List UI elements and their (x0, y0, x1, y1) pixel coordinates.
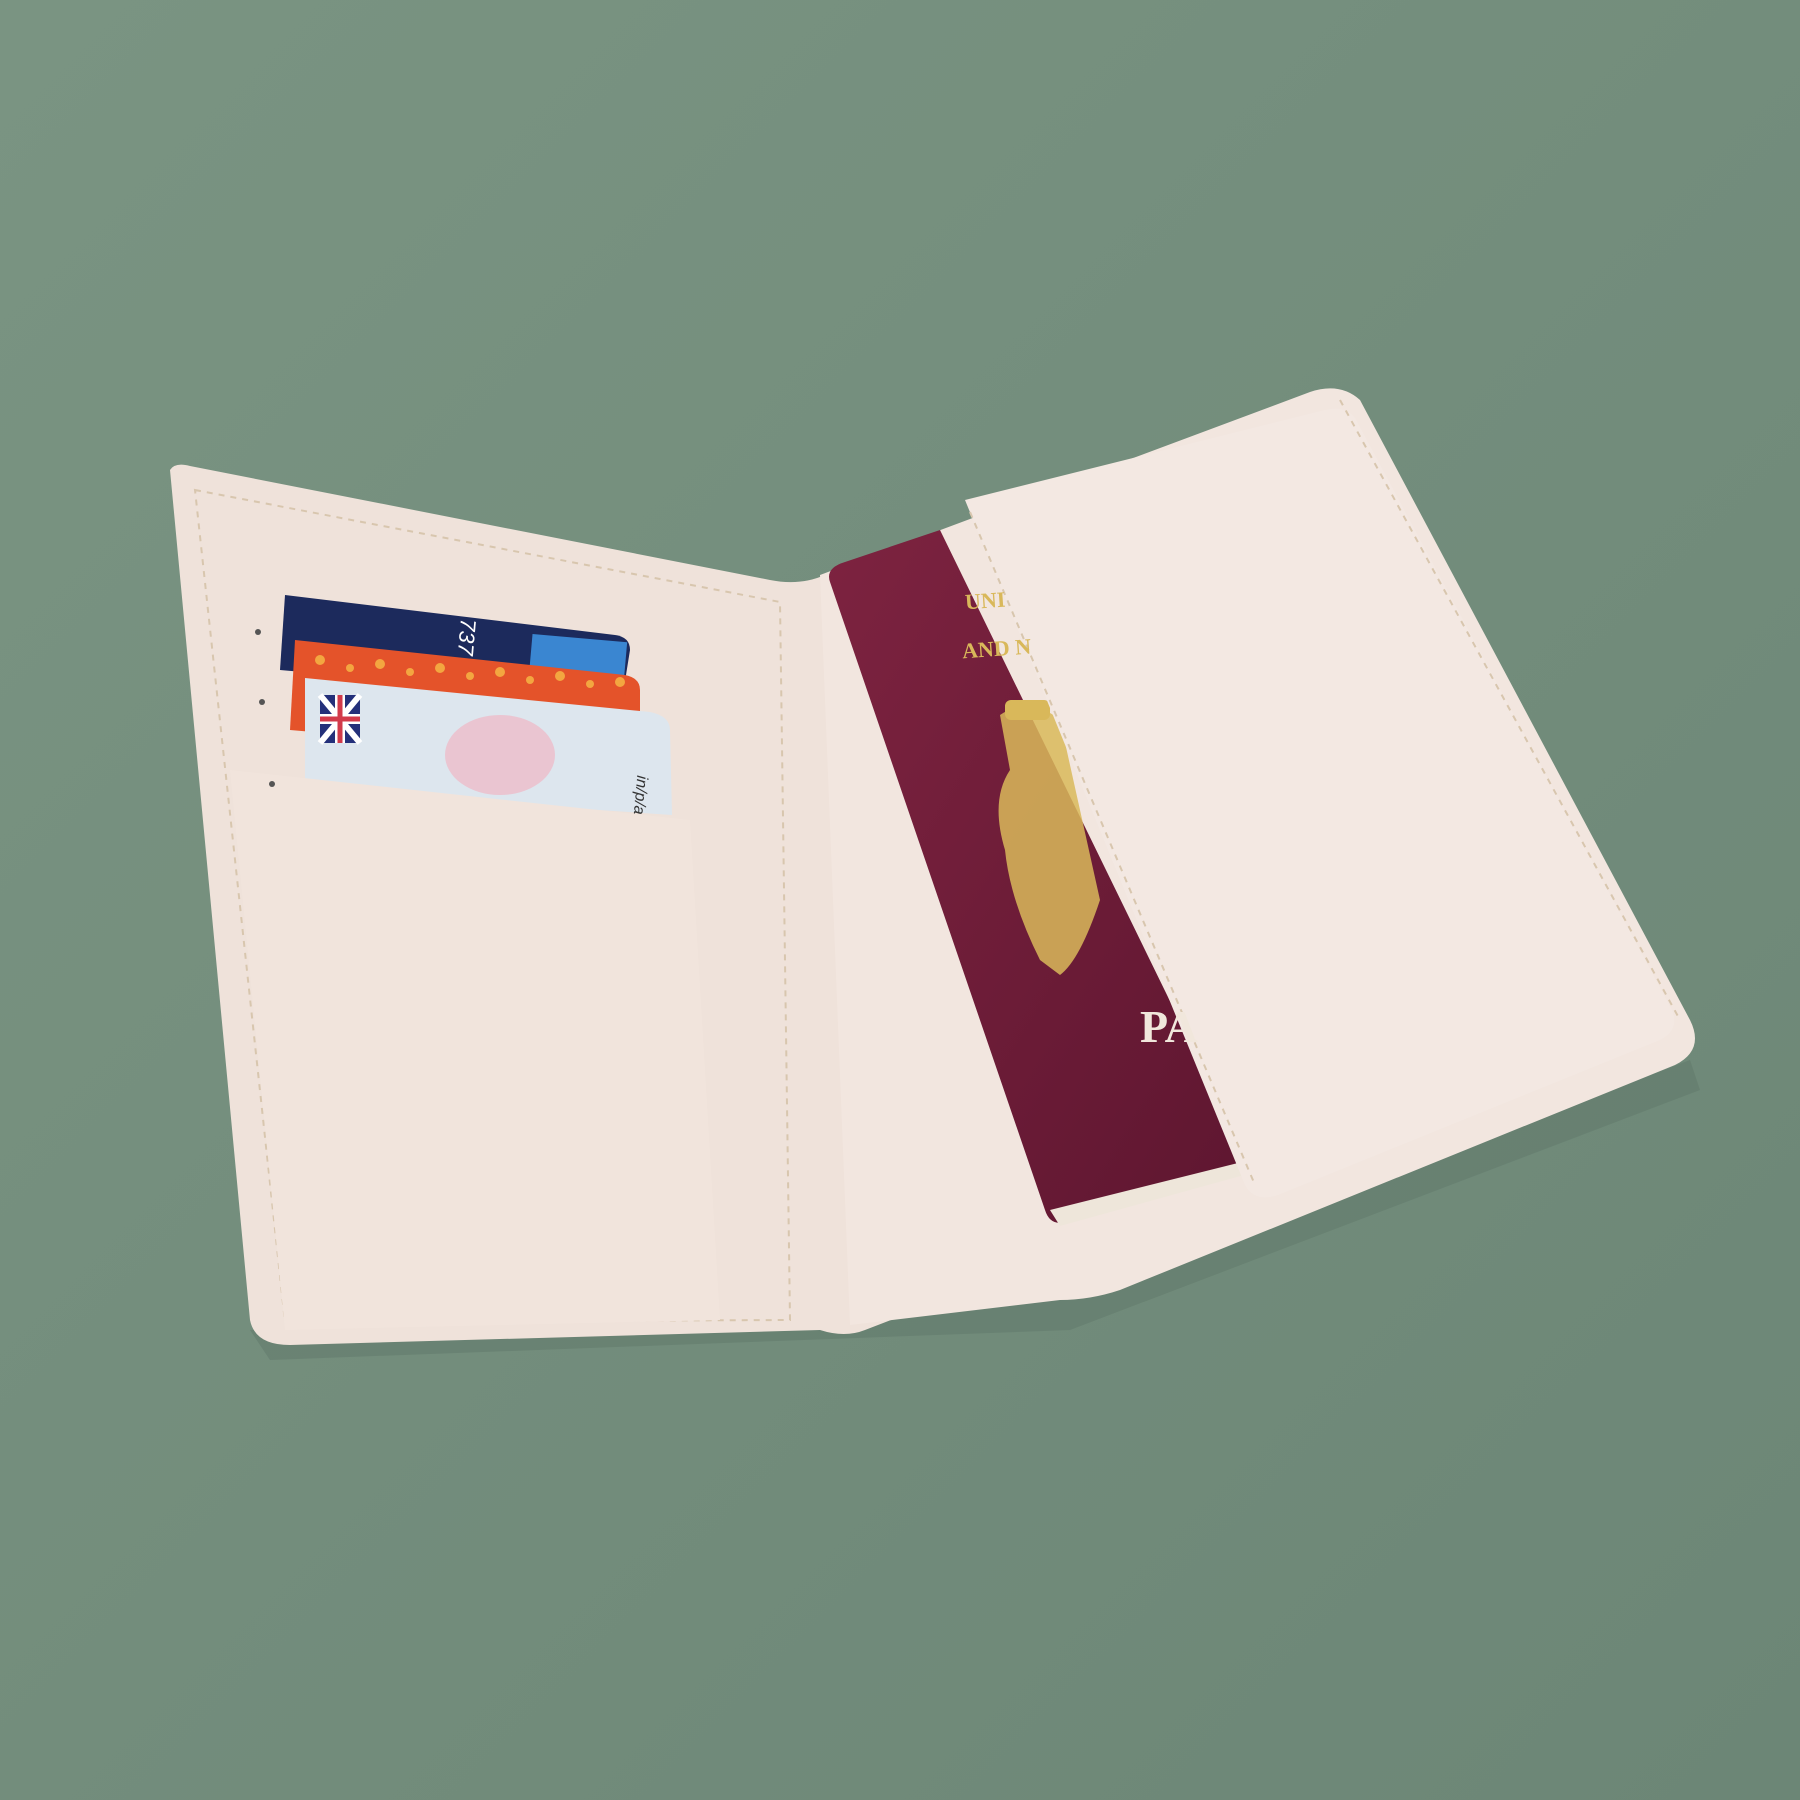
passport-title-line2: AND N (961, 634, 1032, 665)
passport-title-line1: UNI (964, 587, 1006, 616)
id-card-text-fragment: in/p/a (629, 775, 650, 816)
product-photo: UNI AND N PA 737 in/p/a (0, 0, 1800, 1800)
passport-word-fragment: PA (1140, 1000, 1198, 1053)
union-jack-icon (320, 695, 360, 743)
wallet-illustration (0, 0, 1800, 1800)
card-number-fragment: 737 (452, 618, 481, 657)
